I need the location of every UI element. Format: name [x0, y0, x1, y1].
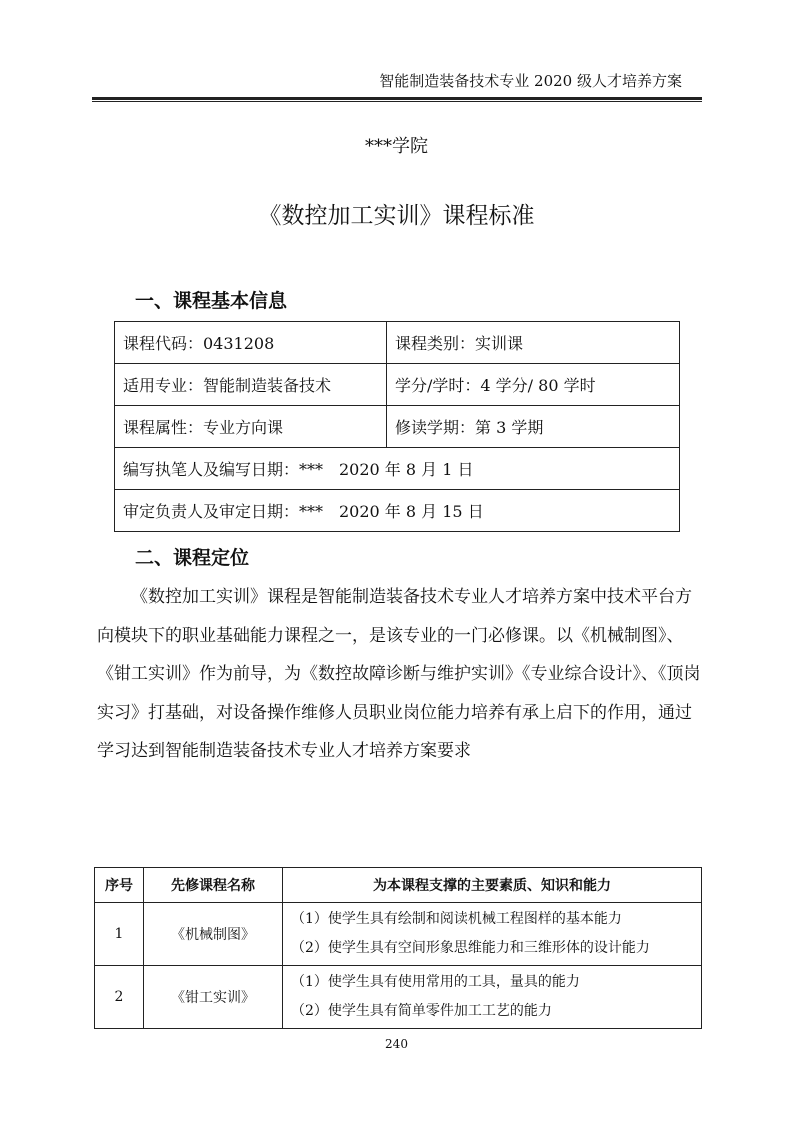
ability-item: （1）使学生具有使用常用的工具，量具的能力 [291, 968, 693, 997]
applicable-major: 适用专业：智能制造装备技术 [115, 364, 387, 406]
ability-item: （1）使学生具有绘制和阅读机械工程图样的基本能力 [291, 905, 693, 934]
table-row: 2 《钳工实训》 （1）使学生具有使用常用的工具，量具的能力 （2）使学生具有简… [95, 966, 702, 1029]
ability-item: （2）使学生具有空间形象思维能力和三维形体的设计能力 [291, 934, 693, 963]
credits-hours: 学分/学时：4 学分/ 80 学时 [387, 364, 680, 406]
prerequisite-table: 序号 先修课程名称 为本课程支撑的主要素质、知识和能力 1 《机械制图》 （1）… [94, 867, 702, 1029]
header-rule-thin [92, 101, 702, 102]
course-category: 课程类别：实训课 [387, 322, 680, 364]
section-heading-positioning: 二、课程定位 [135, 543, 249, 570]
table-header-row: 序号 先修课程名称 为本课程支撑的主要素质、知识和能力 [95, 868, 702, 903]
ability-item: （2）使学生具有简单零件加工工艺的能力 [291, 997, 693, 1026]
col-header-no: 序号 [95, 868, 144, 903]
positioning-paragraph: 《数控加工实训》课程是智能制造装备技术专业人才培养方案中技术平台方向模块下的职业… [97, 578, 703, 771]
table-row: 1 《机械制图》 （1）使学生具有绘制和阅读机械工程图样的基本能力 （2）使学生… [95, 903, 702, 966]
row-no: 2 [95, 966, 144, 1029]
paragraph-text: 《数控加工实训》课程是智能制造装备技术专业人才培养方案中技术平台方向模块下的职业… [97, 578, 703, 771]
table-row: 课程属性：专业方向课 修读学期：第 3 学期 [115, 406, 680, 448]
row-abilities: （1）使学生具有使用常用的工具，量具的能力 （2）使学生具有简单零件加工工艺的能… [283, 966, 702, 1029]
school-name: ***学院 [0, 132, 793, 158]
row-course: 《钳工实训》 [144, 966, 283, 1029]
reviewer-date: 审定负责人及审定日期：*** 2020 年 8 月 15 日 [115, 490, 680, 532]
table-row: 适用专业：智能制造装备技术 学分/学时：4 学分/ 80 学时 [115, 364, 680, 406]
row-abilities: （1）使学生具有绘制和阅读机械工程图样的基本能力 （2）使学生具有空间形象思维能… [283, 903, 702, 966]
document-title: 《数控加工实训》课程标准 [0, 197, 793, 230]
course-code: 课程代码：0431208 [115, 322, 387, 364]
row-course: 《机械制图》 [144, 903, 283, 966]
running-header: 智能制造装备技术专业 2020 级人才培养方案 [92, 70, 682, 91]
table-row: 课程代码：0431208 课程类别：实训课 [115, 322, 680, 364]
basic-info-table: 课程代码：0431208 课程类别：实训课 适用专业：智能制造装备技术 学分/学… [114, 321, 680, 532]
table-row: 编写执笔人及编写日期：*** 2020 年 8 月 1 日 [115, 448, 680, 490]
section-heading-basic-info: 一、课程基本信息 [135, 286, 287, 313]
table-row: 审定负责人及审定日期：*** 2020 年 8 月 15 日 [115, 490, 680, 532]
col-header-abilities: 为本课程支撑的主要素质、知识和能力 [283, 868, 702, 903]
study-semester: 修读学期：第 3 学期 [387, 406, 680, 448]
author-date: 编写执笔人及编写日期：*** 2020 年 8 月 1 日 [115, 448, 680, 490]
page-number: 240 [0, 1037, 793, 1051]
course-attribute: 课程属性：专业方向课 [115, 406, 387, 448]
row-no: 1 [95, 903, 144, 966]
header-rule [92, 97, 702, 100]
col-header-course: 先修课程名称 [144, 868, 283, 903]
